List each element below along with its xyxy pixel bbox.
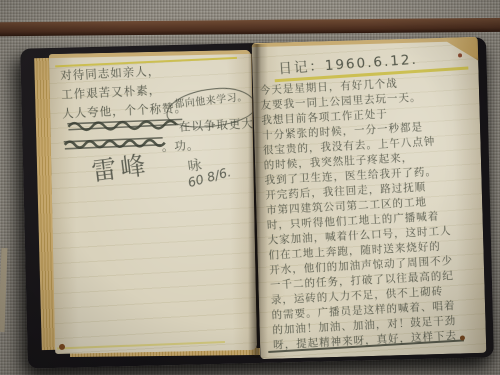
diary-right-page: 日记：1960.6.12. 今天是星期日，有好几个战 友要我一同上公园里去玩一天… [252,37,487,359]
yellow-rule-bottom [57,341,225,349]
page-edge-sliver [0,248,7,332]
diary-left-page: 对待同志如亲人， 工作艰苦又朴素， 人人夸他，个个称赞。 在以争取更大 。功。 … [49,50,257,354]
signature-name: 雷峰 [90,150,151,186]
signature-block: 雷峰 咏 60 8/6. [89,145,151,188]
red-stain-dot [458,53,462,57]
ink-stain-dot [59,344,65,350]
photo-backdrop: 对待同志如亲人， 工作艰苦又朴素， 人人夸他，个个称赞。 在以争取更大 。功。 … [0,0,500,375]
ink-stain-dot [460,335,465,340]
shelf-edge-strip [0,18,500,36]
